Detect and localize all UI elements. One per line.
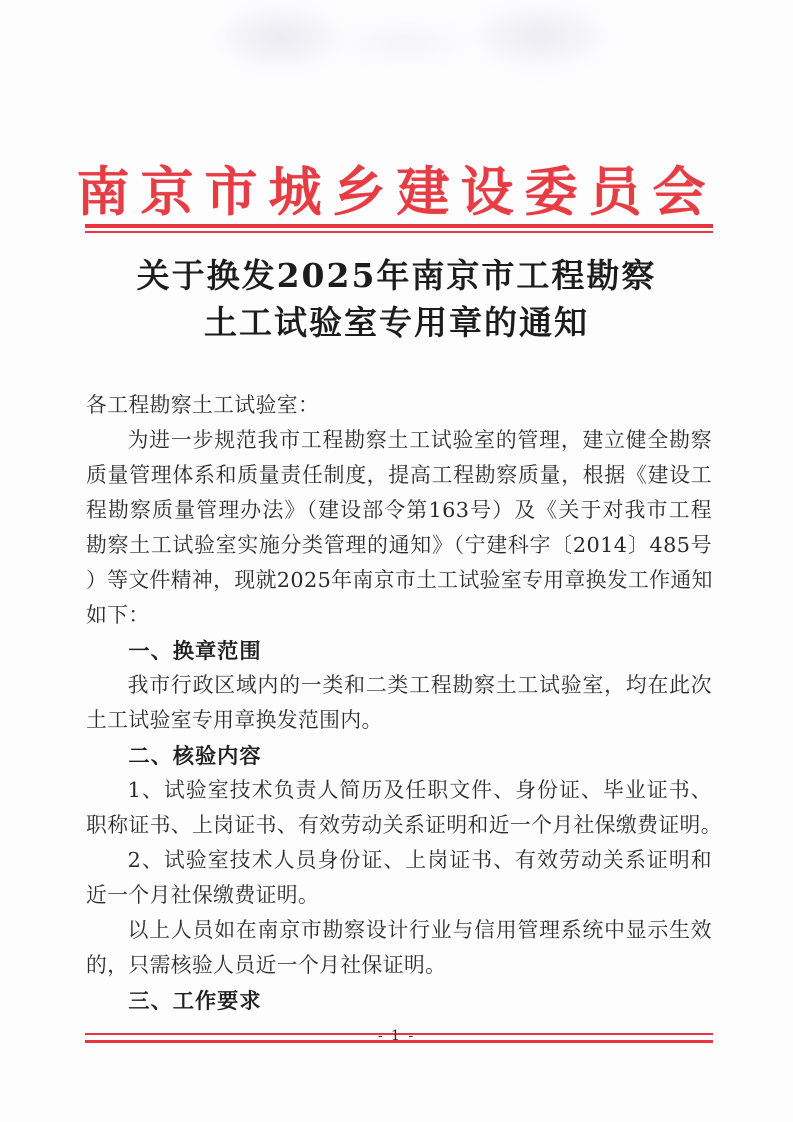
doc-title-line-2: 土工试验室专用章的通知 — [0, 299, 793, 346]
body-text-line: 以上人员如在南京市勘察设计行业与信用管理系统中显示生效 — [86, 913, 712, 948]
scan-smudge-artifact — [465, 0, 615, 72]
body-text-line: ）等文件精神，现就2025年南京市土工试验室专用章换发工作通知 — [86, 563, 712, 598]
body-text-line: 程勘察质量管理办法》（建设部令第163号）及《关于对我市工程 — [86, 493, 712, 528]
body-heading-line: 三、工作要求 — [86, 983, 712, 1018]
doc-title: 关于换发2025年南京市工程勘察 土工试验室专用章的通知 — [0, 252, 793, 346]
body-text-line: 土工试验室专用章换发范围内。 — [86, 703, 712, 738]
body-text-line: 如下： — [86, 598, 712, 633]
page-number: - 1 - — [0, 1028, 793, 1044]
header-rule-thick — [85, 224, 713, 228]
body-text-line: 为进一步规范我市工程勘察土工试验室的管理，建立健全勘察 — [86, 423, 712, 458]
org-header-title: 南京市城乡建设委员会 — [0, 150, 793, 226]
scan-smudge-artifact — [210, 2, 350, 72]
header-rule-thin — [85, 231, 713, 233]
body-text-line: 勘察土工试验室实施分类管理的通知》（宁建科字〔2014〕485号 — [86, 528, 712, 563]
body-heading-line: 二、核验内容 — [86, 738, 712, 773]
body-lines: 各工程勘察土工试验室：为进一步规范我市工程勘察土工试验室的管理，建立健全勘察质量… — [86, 388, 712, 1018]
body-text-line: 2、试验室技术人员身份证、上岗证书、有效劳动关系证明和 — [86, 843, 712, 878]
body-text-line: 各工程勘察土工试验室： — [86, 388, 712, 423]
scan-smudge-artifact — [330, 18, 480, 68]
body-text-line: 近一个月社保缴费证明。 — [86, 878, 712, 913]
body-text-line: 的，只需核验人员近一个月社保证明。 — [86, 948, 712, 983]
body-text-line: 我市行政区域内的一类和二类工程勘察土工试验室，均在此次 — [86, 668, 712, 703]
doc-title-line-1: 关于换发2025年南京市工程勘察 — [0, 252, 793, 299]
body-text-line: 质量管理体系和质量责任制度，提高工程勘察质量，根据《建设工 — [86, 458, 712, 493]
body-heading-line: 一、换章范围 — [86, 633, 712, 668]
body-text-line: 1、试验室技术负责人简历及任职文件、身份证、毕业证书、 — [86, 773, 712, 808]
document-page: 南京市城乡建设委员会 关于换发2025年南京市工程勘察 土工试验室专用章的通知 … — [0, 0, 793, 1122]
body-text-line: 职称证书、上岗证书、有效劳动关系证明和近一个月社保缴费证明。 — [86, 808, 712, 843]
